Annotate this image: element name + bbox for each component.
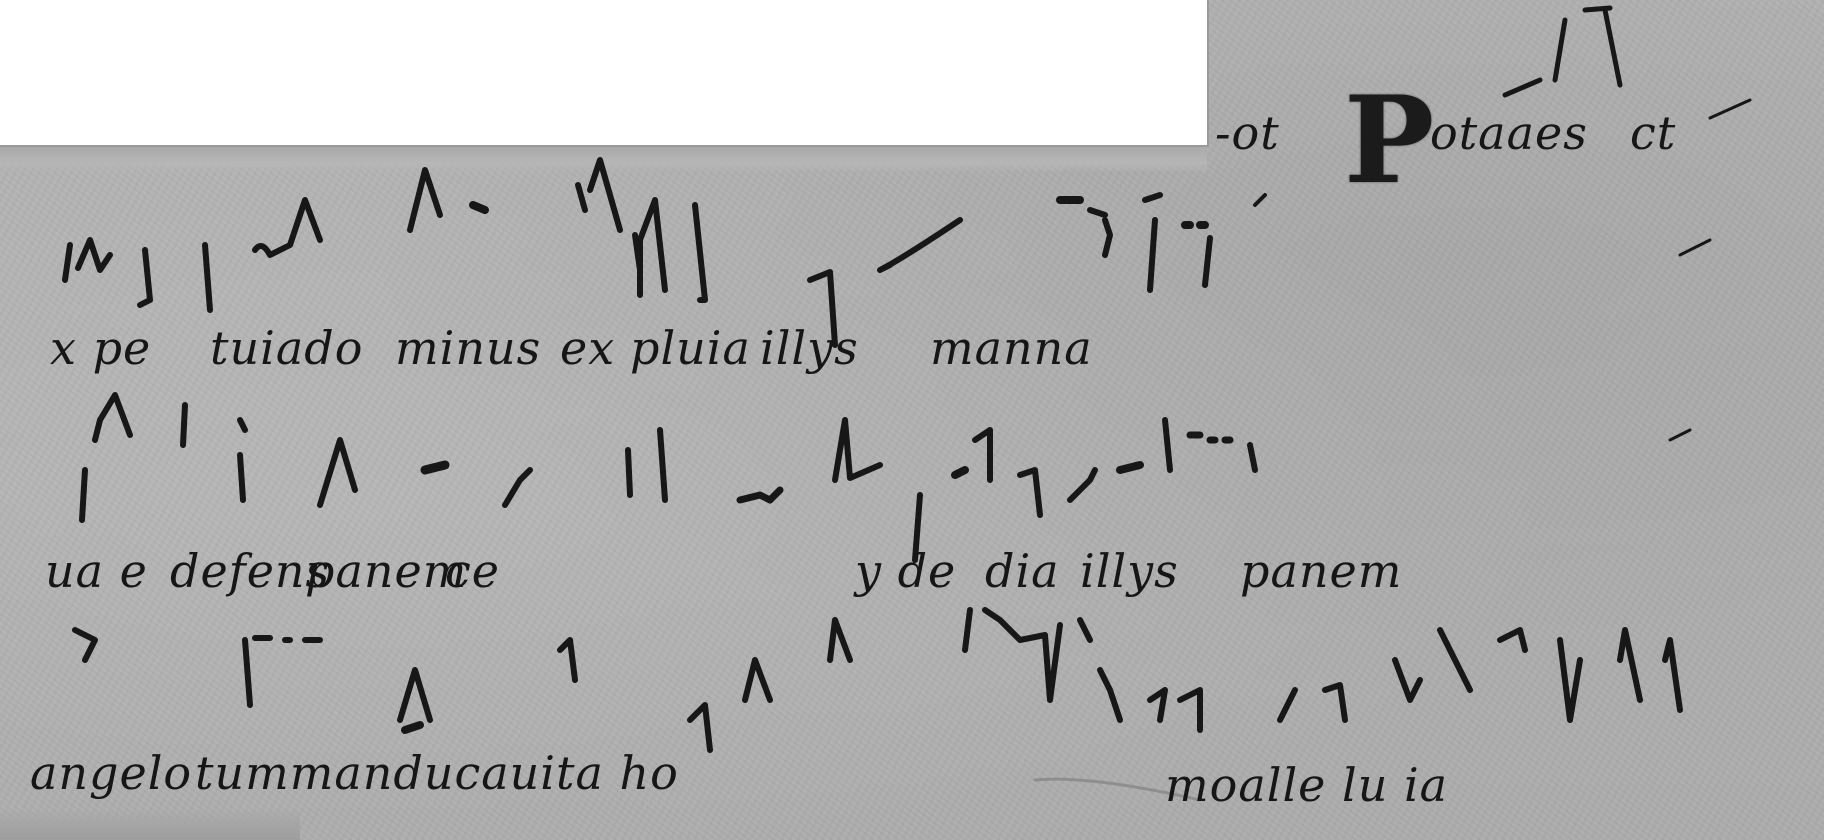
word: otaaes [1430, 110, 1588, 156]
word: pluia [630, 325, 751, 371]
word: ex [560, 325, 615, 371]
word: y de [855, 548, 956, 594]
word: tuiado [210, 325, 363, 371]
word: panem [1240, 548, 1402, 594]
word: illys [1080, 548, 1179, 594]
word: angelo [30, 750, 192, 796]
word: ua e [45, 548, 148, 594]
word: x pe [50, 325, 151, 371]
word: ce [445, 548, 500, 594]
word: illys [760, 325, 859, 371]
word: -ot [1215, 110, 1280, 156]
word: tummanducauita ho [195, 750, 679, 796]
word: ct [1630, 110, 1676, 156]
word: minus [395, 325, 541, 371]
word: moalle lu ia [1165, 762, 1448, 808]
word: dia [985, 548, 1060, 594]
word: panem [305, 548, 467, 594]
decorated-initial: P [1344, 70, 1434, 211]
word: manna [930, 325, 1093, 371]
